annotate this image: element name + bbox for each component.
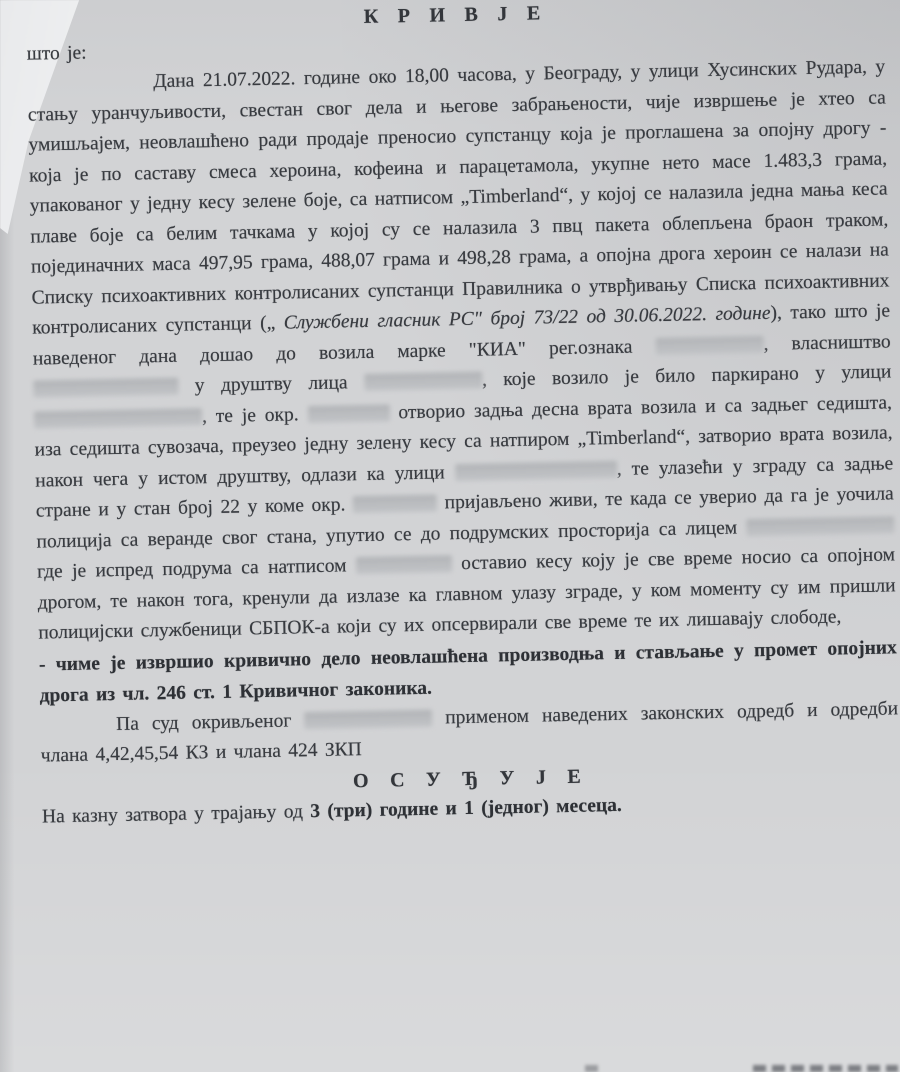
text-segment: На казну затвора у трајању од [42,801,311,827]
text-segment: Па суд окривљеног [116,710,305,735]
text-segment: 3 (три) године и 1 (једног) месеца. [310,795,622,822]
cutoff-next-line-fragment [753,1065,898,1072]
redacted-text [356,555,452,574]
text-segment: , те је окр. [202,404,308,427]
redacted-text [746,516,894,536]
redacted-text [307,404,389,423]
redacted-text [353,495,437,514]
facts-paragraph: Дана 21.07.2022. године око 18,00 часова… [27,52,896,649]
text-segment: , власништво [763,331,891,355]
redacted-text [33,378,178,398]
text-segment: , које возило је било паркирано у улици [482,361,892,390]
redacted-text [364,372,482,391]
text-segment: Дана 21.07.2022. године око 18,00 часова… [28,56,890,338]
text-segment: где је испред подрума са натписом [37,555,356,582]
cutoff-next-line-fragment [585,1065,600,1072]
document-content: К Р И В Ј Е што је: Дана 21.07.2022. год… [26,0,900,833]
text-segment: Службени гласник РС" број 73/22 од 30.06… [284,303,771,334]
text-segment: у друштву лица [178,372,364,397]
redacted-text [455,460,617,480]
scanned-court-document: К Р И В Ј Е што је: Дана 21.07.2022. год… [0,0,900,1072]
redacted-text [655,335,763,354]
redacted-text [304,709,432,729]
redacted-text [34,408,202,428]
